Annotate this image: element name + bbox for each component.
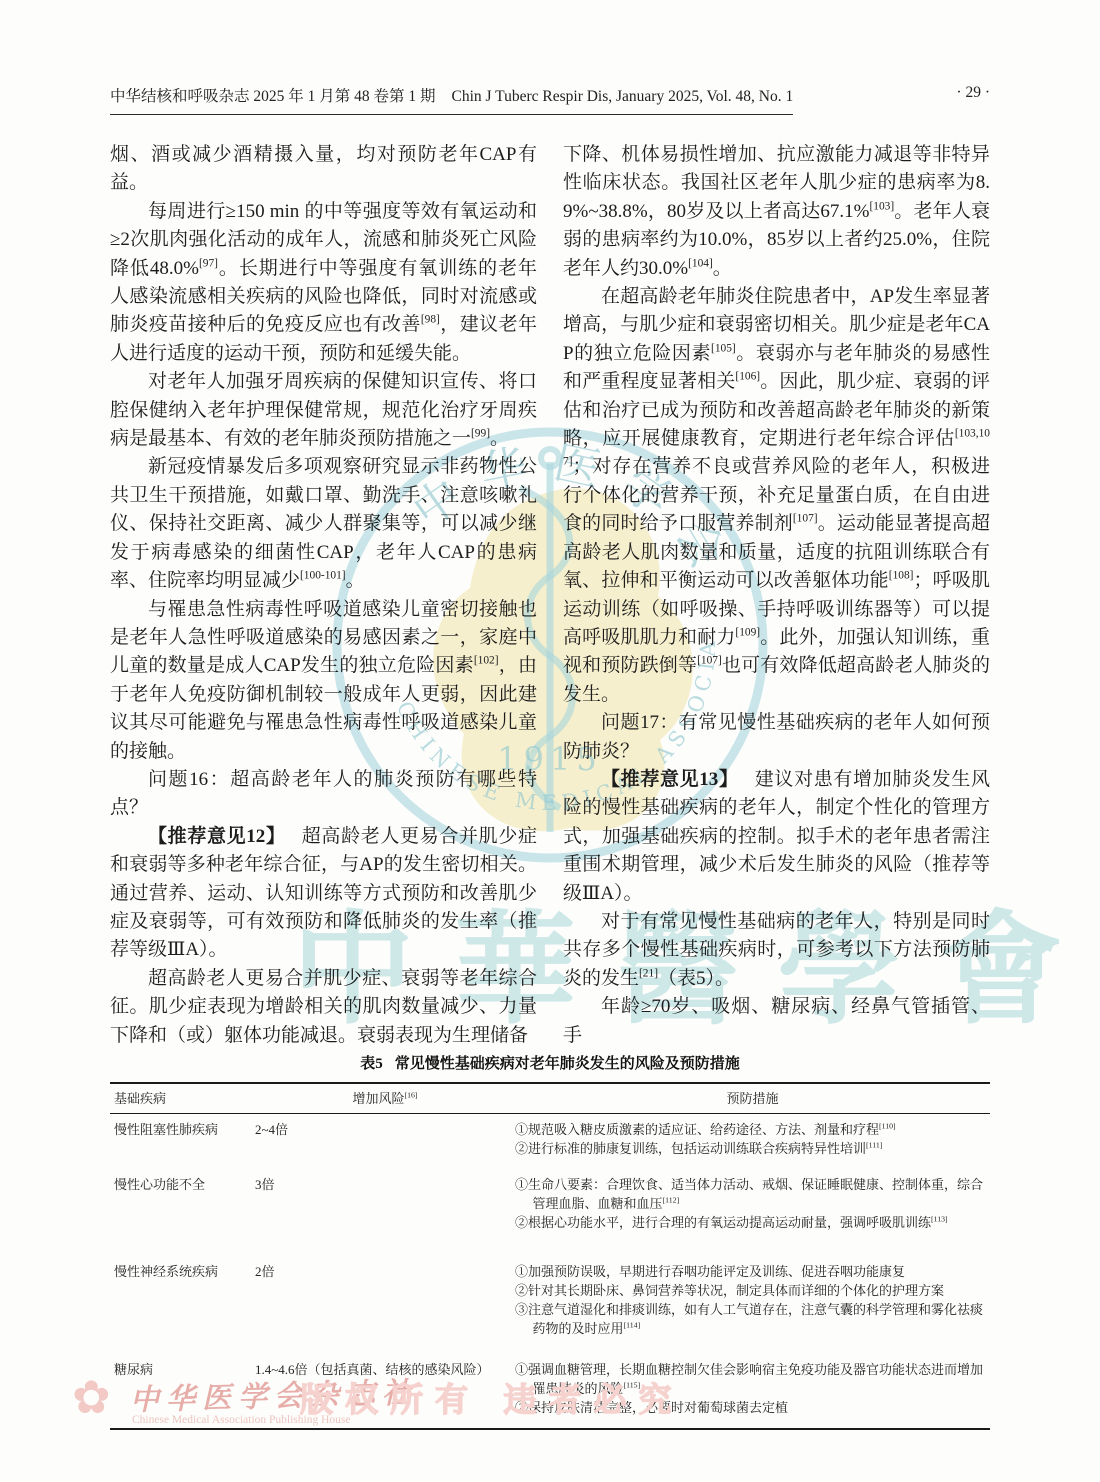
paragraph: 下降、机体易损性增加、抗应激能力减退等非特异性临床状态。我国社区老年人肌少症的患…: [563, 141, 990, 283]
table-label: 表5: [360, 1056, 383, 1072]
prevention-measure: ②根据心功能水平，进行合理的有氧运动提高运动耐量，强调呼吸肌训练[113]: [515, 1213, 990, 1232]
page-number: · 29 ·: [956, 84, 990, 102]
column-header: 增加风险[16]: [255, 1083, 515, 1114]
reference-marker: [104]: [688, 257, 713, 269]
table-row: 慢性神经系统疾病2倍①加强预防误吸，早期进行吞咽功能评定及训练、促进吞咽功能康复…: [110, 1256, 990, 1354]
table-cell: 1.4~4.6倍（包括真菌、结核的感染风险）: [255, 1354, 515, 1429]
reference-marker: [102]: [474, 655, 499, 667]
prevention-measure: ①强调血糖管理，长期血糖控制欠佳会影响宿主免疫功能及器官功能状态进而增加罹患肺炎…: [515, 1360, 990, 1398]
table-title-text: 常见慢性基础疾病对老年肺炎发生的风险及预防措施: [395, 1056, 740, 1072]
reference-marker: [109]: [735, 627, 760, 639]
prevention-measure: ③注意气道湿化和排痰训练，如有人工气道存在，注意气囊的科学管理和雾化祛痰药物的及…: [515, 1300, 990, 1338]
reference-marker: [105]: [711, 343, 736, 355]
paragraph: 烟、酒或减少酒精摄入量，均对预防老年CAP有益。: [110, 141, 537, 198]
reference-marker: [21]: [639, 967, 658, 979]
reference-marker: [16]: [405, 1091, 418, 1100]
publisher-flower-icon: ✿: [72, 1370, 111, 1424]
paragraph: 对老年人加强牙周疾病的保健知识宣传、将口腔保健纳入老年护理保健常规，规范化治疗牙…: [110, 368, 537, 453]
paragraph: 对于有常见慢性基础病的老年人，特别是同时共存多个慢性基础疾病时，可参考以下方法预…: [563, 908, 990, 993]
paragraph: 问题17：有常见慢性基础疾病的老年人如何预防肺炎？: [563, 709, 990, 766]
reference-marker: [103]: [869, 200, 894, 212]
reference-marker: [106]: [735, 371, 760, 383]
reference-marker: [113]: [931, 1215, 948, 1224]
journal-title-cn: 中华结核和呼吸杂志 2025 年 1 月第 48 卷第 1 期: [110, 88, 436, 105]
reference-marker: [107]: [697, 655, 722, 667]
running-head: 中华结核和呼吸杂志 2025 年 1 月第 48 卷第 1 期Chin J Tu…: [110, 84, 793, 115]
table-row: 慢性阻塞性肺疾病2~4倍①规范吸入糖皮质激素的适应证、给药途径、方法、剂量和疗程…: [110, 1114, 990, 1170]
reference-marker: [108]: [889, 570, 914, 582]
reference-marker: [100-101]: [300, 570, 346, 582]
prevention-measure: ①加强预防误吸，早期进行吞咽功能评定及训练、促进吞咽功能康复: [515, 1262, 990, 1281]
page-header: 中华结核和呼吸杂志 2025 年 1 月第 48 卷第 1 期Chin J Tu…: [110, 84, 990, 115]
table-cell: 慢性神经系统疾病: [110, 1256, 255, 1354]
reference-marker: [112]: [663, 1196, 680, 1205]
table-cell: 2倍: [255, 1256, 515, 1354]
reference-marker: [107]: [793, 513, 818, 525]
table-cell: ①生命八要素：合理饮食、适当体力活动、戒烟、保证睡眠健康、控制体重，综合管理血脂…: [515, 1169, 990, 1256]
reference-marker: [111]: [866, 1141, 882, 1150]
table-row: 糖尿病1.4~4.6倍（包括真菌、结核的感染风险）①强调血糖管理，长期血糖控制欠…: [110, 1354, 990, 1429]
recommendation-label: 【推荐意见13】: [601, 769, 739, 790]
reference-marker: [99]: [471, 428, 490, 440]
prevention-measure: ②针对其长期卧床、鼻饲营养等状况，制定具体而详细的个体化的护理方案: [515, 1281, 990, 1300]
paragraph: 在超高龄老年肺炎住院患者中，AP发生率显著增高，与肌少症和衰弱密切相关。肌少症是…: [563, 283, 990, 709]
table-cell: 3倍: [255, 1169, 515, 1256]
column-header: 预防措施: [515, 1083, 990, 1114]
risk-table: 基础疾病增加风险[16]预防措施 慢性阻塞性肺疾病2~4倍①规范吸入糖皮质激素的…: [110, 1082, 990, 1430]
article-body: 烟、酒或减少酒精摄入量，均对预防老年CAP有益。每周进行≥150 min 的中等…: [110, 141, 990, 1053]
reference-marker: [110]: [879, 1122, 896, 1131]
right-column: 下降、机体易损性增加、抗应激能力减退等非特异性临床状态。我国社区老年人肌少症的患…: [563, 141, 990, 1053]
table-cell: 慢性心功能不全: [110, 1169, 255, 1256]
paragraph: 【推荐意见13】建议对患有增加肺炎发生风险的慢性基础疾病的老年人，制定个性化的管…: [563, 766, 990, 908]
table-cell: ①规范吸入糖皮质激素的适应证、给药途径、方法、剂量和疗程[110]②进行标准的肺…: [515, 1114, 990, 1170]
prevention-measure: ①规范吸入糖皮质激素的适应证、给药途径、方法、剂量和疗程[110]: [515, 1120, 990, 1139]
reference-marker: [115]: [624, 1381, 641, 1390]
paragraph: 【推荐意见12】超高龄老人更易合并肌少症和衰弱等多种老年综合征，与AP的发生密切…: [110, 823, 537, 965]
reference-marker: [114]: [624, 1321, 641, 1330]
table-row: 慢性心功能不全3倍①生命八要素：合理饮食、适当体力活动、戒烟、保证睡眠健康、控制…: [110, 1169, 990, 1256]
recommendation-label: 【推荐意见12】: [148, 826, 286, 847]
reference-marker: [103,107]: [563, 428, 990, 468]
paragraph: 问题16：超高龄老年人的肺炎预防有哪些特点？: [110, 766, 537, 823]
table-title: 表5常见慢性基础疾病对老年肺炎发生的风险及预防措施: [110, 1052, 990, 1073]
column-header: 基础疾病: [110, 1083, 255, 1114]
table5-section: 表5常见慢性基础疾病对老年肺炎发生的风险及预防措施 基础疾病增加风险[16]预防…: [110, 1052, 990, 1430]
paragraph: 新冠疫情暴发后多项观察研究显示非药物性公共卫生干预措施，如戴口罩、勤洗手、注意咳…: [110, 453, 537, 595]
prevention-measure: ②进行标准的肺康复训练，包括运动训练联合疾病特异性培训[111]: [515, 1139, 990, 1158]
reference-marker: [98]: [421, 314, 440, 326]
table-cell: ①加强预防误吸，早期进行吞咽功能评定及训练、促进吞咽功能康复②针对其长期卧床、鼻…: [515, 1256, 990, 1354]
paragraph: 超高龄老人更易合并肌少症、衰弱等老年综合征。肌少症表现为增龄相关的肌肉数量减少、…: [110, 965, 537, 1050]
table-header-row: 基础疾病增加风险[16]预防措施: [110, 1083, 990, 1114]
left-column: 烟、酒或减少酒精摄入量，均对预防老年CAP有益。每周进行≥150 min 的中等…: [110, 141, 537, 1053]
table-cell: 慢性阻塞性肺疾病: [110, 1114, 255, 1170]
paragraph: 每周进行≥150 min 的中等强度等效有氧运动和≥2次肌肉强化活动的成年人，流…: [110, 198, 537, 368]
paragraph: 与罹患急性病毒性呼吸道感染儿童密切接触也是老年人急性呼吸道感染的易感因素之一，家…: [110, 596, 537, 766]
prevention-measure: ①生命八要素：合理饮食、适当体力活动、戒烟、保证睡眠健康、控制体重，综合管理血脂…: [515, 1175, 990, 1213]
reference-marker: [97]: [199, 257, 218, 269]
table-cell: ①强调血糖管理，长期血糖控制欠佳会影响宿主免疫功能及器官功能状态进而增加罹患肺炎…: [515, 1354, 990, 1429]
journal-title-en: Chin J Tuberc Respir Dis, January 2025, …: [452, 88, 794, 105]
paragraph: 年龄≥70岁、吸烟、糖尿病、经鼻气管插管、手: [563, 993, 990, 1050]
prevention-measure: ②保持皮肤清洁完整，必要时对葡萄球菌去定植: [515, 1398, 990, 1417]
table-cell: 糖尿病: [110, 1354, 255, 1429]
table-cell: 2~4倍: [255, 1114, 515, 1170]
